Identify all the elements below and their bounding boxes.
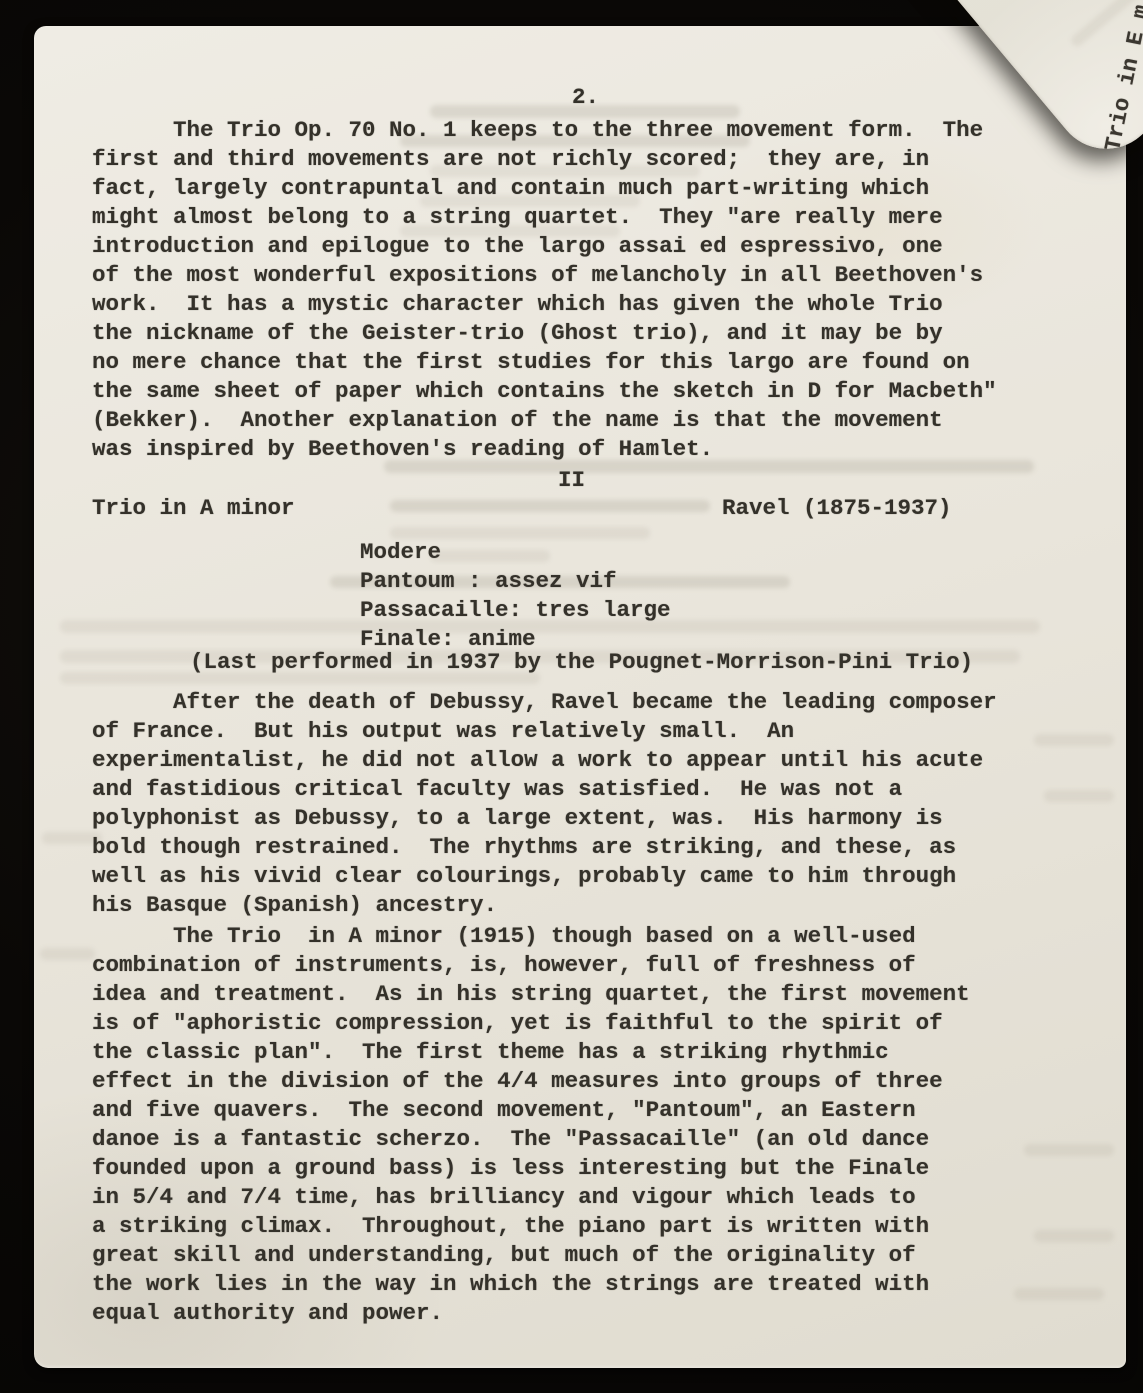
bleed-through-smudge	[40, 948, 95, 960]
work-title: Trio in A minor	[92, 494, 295, 523]
document-page: 2. The Trio Op. 70 No. 1 keeps to the th…	[34, 26, 1126, 1368]
bleed-through-smudge	[1014, 1288, 1104, 1300]
bleed-through-smudge	[390, 500, 710, 512]
composer-dates: Ravel (1875-1937)	[722, 494, 952, 523]
section-heading: II	[558, 466, 585, 495]
paragraph-ravel-intro: After the death of Debussy, Ravel became…	[92, 688, 997, 920]
last-performed-note: (Last performed in 1937 by the Pougnet-M…	[190, 648, 973, 677]
bleed-through-smudge	[1044, 790, 1114, 802]
movement-list: Modere Pantoum : assez vif Passacaille: …	[360, 538, 671, 654]
bleed-through-smudge	[1024, 1144, 1114, 1156]
photo-background: 2. The Trio Op. 70 No. 1 keeps to the th…	[0, 0, 1143, 1393]
page-number: 2.	[572, 83, 599, 112]
bleed-through-smudge	[1034, 734, 1114, 746]
bleed-through-smudge	[1034, 1230, 1114, 1242]
paragraph-ravel-trio: The Trio in A minor (1915) though based …	[92, 922, 970, 1328]
paragraph-beethoven-trio: The Trio Op. 70 No. 1 keeps to the three…	[92, 116, 997, 464]
